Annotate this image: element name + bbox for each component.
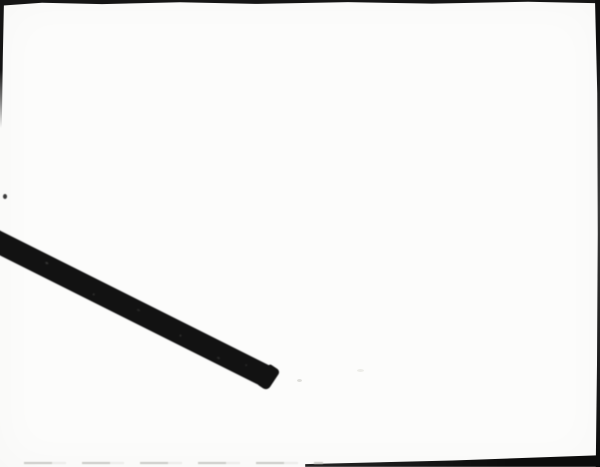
- dust-speck: [357, 369, 364, 372]
- photograph: [0, 0, 600, 467]
- frame-top-edge: [0, 0, 600, 6]
- frame-right-edge: [595, 0, 600, 467]
- rod-tip: [256, 364, 280, 391]
- frame-bottom-left-edge: [8, 462, 323, 464]
- dust-speck: [297, 379, 302, 382]
- frame-left-edge: [0, 0, 4, 128]
- frame-bottom-right-edge: [305, 454, 600, 467]
- dust-speck: [3, 194, 7, 199]
- dark-rod: [0, 228, 277, 389]
